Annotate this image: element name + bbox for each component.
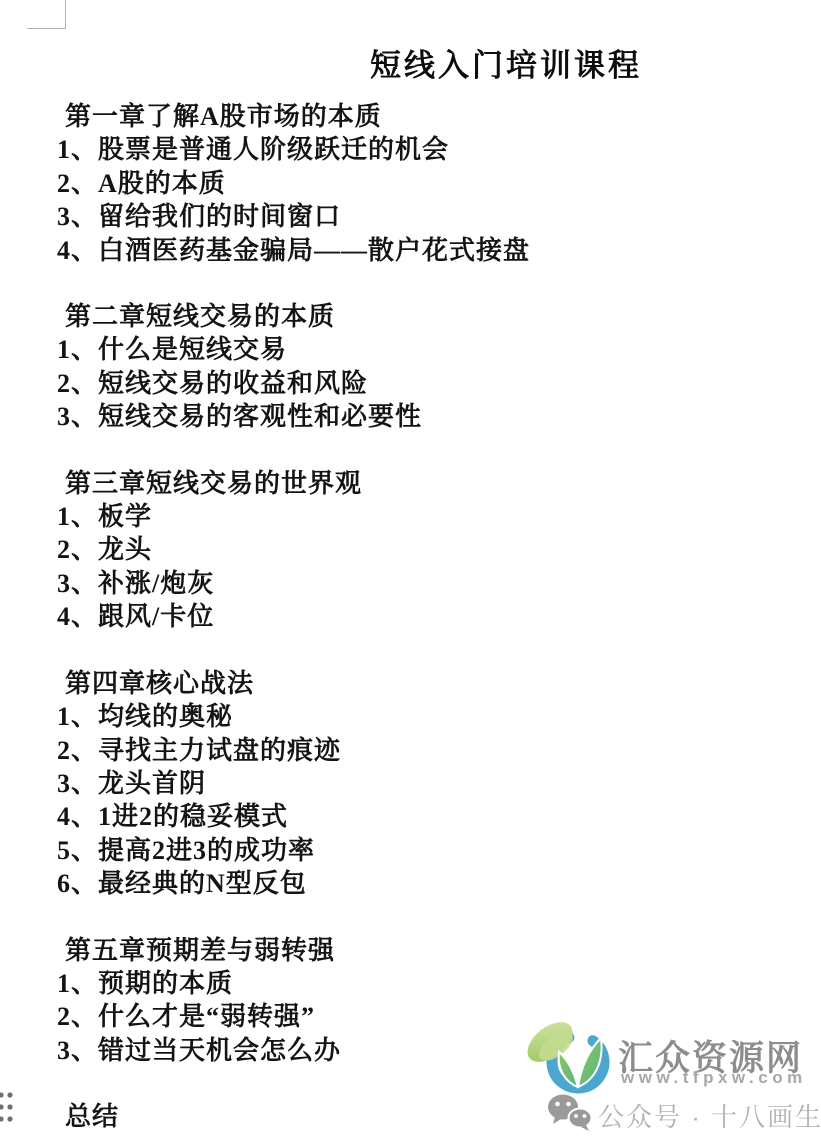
chapter-3-heading: 第三章短线交易的世界观	[57, 467, 821, 500]
chapter-2-item: 2、短线交易的收益和风险	[57, 367, 821, 400]
watermark-site-url: www.tfpxw.com	[621, 1068, 807, 1088]
chapter-3-item: 4、跟风/卡位	[57, 600, 821, 633]
section-chapter-2: 第二章短线交易的本质 1、什么是短线交易 2、短线交易的收益和风险 3、短线交易…	[0, 267, 821, 434]
chapter-3-item: 3、补涨/炮灰	[57, 567, 821, 600]
chapter-4-item: 1、均线的奥秘	[57, 700, 821, 733]
document-body: 第一章了解A股市场的本质 1、股票是普通人阶级跃迁的机会 2、A股的本质 3、留…	[0, 78, 821, 1134]
chapter-1-item: 4、白酒医药基金骗局——散户花式接盘	[57, 234, 821, 267]
chapter-1-item: 3、留给我们的时间窗口	[57, 200, 821, 233]
chapter-2-item: 3、短线交易的客观性和必要性	[57, 400, 821, 433]
chapter-4-item: 4、1进2的稳妥模式	[57, 800, 821, 833]
chapter-5-heading: 第五章预期差与弱转强	[57, 934, 821, 967]
chapter-1-item: 2、A股的本质	[57, 167, 821, 200]
chapter-3-item: 1、板学	[57, 500, 821, 533]
chapter-4-item: 3、龙头首阴	[57, 767, 821, 800]
chapter-2-item: 1、什么是短线交易	[57, 333, 821, 366]
wechat-icon	[545, 1093, 595, 1138]
section-chapter-3: 第三章短线交易的世界观 1、板学 2、龙头 3、补涨/炮灰 4、跟风/卡位	[0, 434, 821, 634]
chapter-5-item: 2、什么才是“弱转强”	[57, 1000, 821, 1033]
chapter-2-heading: 第二章短线交易的本质	[57, 300, 821, 333]
chapter-4-item: 2、寻找主力试盘的痕迹	[57, 734, 821, 767]
chapter-3-item: 2、龙头	[57, 533, 821, 566]
document-page: 短线入门培训课程 第一章了解A股市场的本质 1、股票是普通人阶级跃迁的机会 2、…	[0, 0, 821, 1145]
margin-corner-mark	[27, 0, 66, 29]
chapter-1-heading: 第一章了解A股市场的本质	[57, 100, 821, 133]
chapter-4-item: 6、最经典的N型反包	[57, 867, 821, 900]
section-chapter-4: 第四章核心战法 1、均线的奥秘 2、寻找主力试盘的痕迹 3、龙头首阴 4、1进2…	[0, 634, 821, 901]
chapter-5-item: 1、预期的本质	[57, 967, 821, 1000]
drag-dots-handle[interactable]	[0, 1088, 17, 1131]
chapter-4-heading: 第四章核心战法	[57, 667, 821, 700]
chapter-4-item: 5、提高2进3的成功率	[57, 834, 821, 867]
chapter-1-item: 1、股票是普通人阶级跃迁的机会	[57, 133, 821, 166]
section-chapter-1: 第一章了解A股市场的本质 1、股票是普通人阶级跃迁的机会 2、A股的本质 3、留…	[0, 78, 821, 267]
watermark-account-line: 公众号 · 十八画生者	[598, 1097, 821, 1134]
